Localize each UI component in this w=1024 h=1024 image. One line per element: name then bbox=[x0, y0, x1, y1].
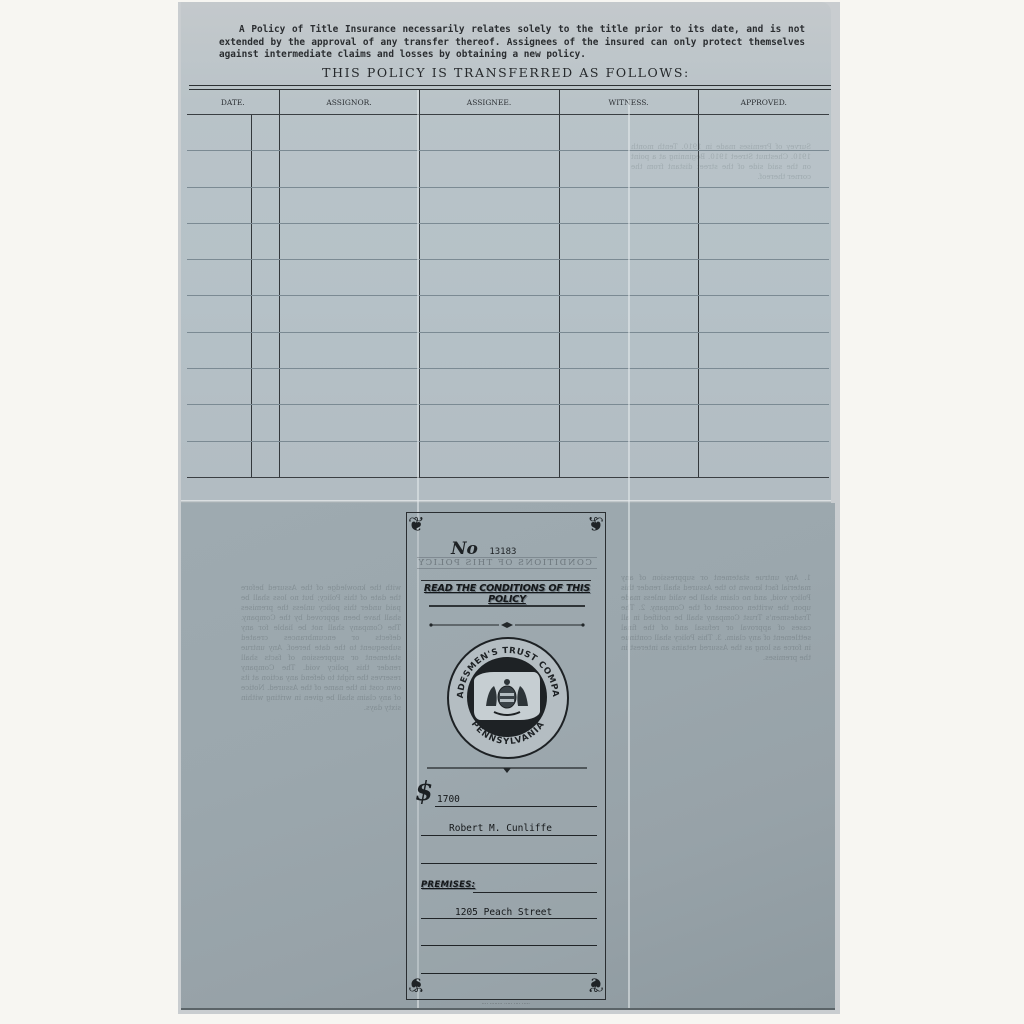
insured-line bbox=[421, 835, 597, 836]
company-seal: · TRADESMEN'S TRUST COMPANY · PENNSYLVAN… bbox=[447, 637, 569, 759]
assignor-cell bbox=[279, 332, 419, 368]
date-month-cell bbox=[187, 441, 251, 477]
date-day-cell bbox=[251, 405, 279, 441]
approved-cell bbox=[698, 441, 829, 477]
assignee-cell bbox=[419, 187, 559, 223]
transfer-section: Survey of Premises made in 1910. Tenth m… bbox=[181, 2, 831, 502]
policy-amount: 1700 bbox=[437, 794, 460, 805]
table-row bbox=[187, 151, 829, 187]
printer-imprint: ···· ········ ····· ···· ····· bbox=[407, 1002, 605, 1006]
policy-number-row: No 13183 bbox=[451, 539, 516, 559]
date-month-cell bbox=[187, 405, 251, 441]
premises-line-2 bbox=[421, 945, 597, 946]
assignor-cell bbox=[279, 405, 419, 441]
assignor-cell bbox=[279, 115, 419, 151]
policy-notice: A Policy of Title Insurance necessarily … bbox=[219, 24, 805, 62]
approved-cell bbox=[698, 296, 829, 332]
assignor-cell bbox=[279, 369, 419, 405]
date-month-cell bbox=[187, 296, 251, 332]
assignee-cell bbox=[419, 115, 559, 151]
mirrored-conditions-header: CONDITIONS OF THIS POLICY bbox=[417, 557, 597, 569]
transfer-table: DATE. ASSIGNOR. ASSIGNEE. WITNESS. APPRO… bbox=[187, 90, 829, 478]
date-day-cell bbox=[251, 296, 279, 332]
date-day-cell bbox=[251, 332, 279, 368]
approved-cell bbox=[698, 223, 829, 259]
bottom-edge bbox=[181, 1008, 835, 1010]
approved-cell bbox=[698, 332, 829, 368]
approved-cell bbox=[698, 151, 829, 187]
flag-icon bbox=[474, 672, 540, 720]
assignee-cell bbox=[419, 223, 559, 259]
date-day-cell bbox=[251, 223, 279, 259]
assignor-cell bbox=[279, 187, 419, 223]
approved-cell bbox=[698, 369, 829, 405]
approved-cell bbox=[698, 187, 829, 223]
table-row bbox=[187, 332, 829, 368]
assignor-cell bbox=[279, 151, 419, 187]
table-header-row: DATE. ASSIGNOR. ASSIGNEE. WITNESS. APPRO… bbox=[187, 90, 829, 115]
dollar-sign-icon: $ bbox=[415, 777, 433, 807]
seal-emblem bbox=[467, 657, 547, 737]
column-header-assignor: ASSIGNOR. bbox=[279, 90, 419, 115]
date-month-cell bbox=[187, 115, 251, 151]
table-row bbox=[187, 405, 829, 441]
ornamental-divider bbox=[425, 765, 589, 773]
date-month-cell bbox=[187, 332, 251, 368]
column-header-assignee: ASSIGNEE. bbox=[419, 90, 559, 115]
assignee-cell bbox=[419, 441, 559, 477]
assignor-cell bbox=[279, 296, 419, 332]
date-month-cell bbox=[187, 260, 251, 296]
date-month-cell bbox=[187, 369, 251, 405]
premises-line bbox=[421, 918, 597, 919]
date-month-cell bbox=[187, 223, 251, 259]
divider-line bbox=[421, 580, 591, 581]
premises-label-line bbox=[473, 892, 597, 893]
approved-cell bbox=[698, 405, 829, 441]
date-month-cell bbox=[187, 187, 251, 223]
premises-label: PREMISES: bbox=[421, 880, 475, 890]
table-row bbox=[187, 441, 829, 477]
date-day-cell bbox=[251, 187, 279, 223]
amount-line bbox=[435, 806, 597, 807]
table-row bbox=[187, 260, 829, 296]
corner-ornament-top-left: ❦ bbox=[408, 514, 434, 536]
approved-cell bbox=[698, 260, 829, 296]
date-month-cell bbox=[187, 151, 251, 187]
insured-line-2 bbox=[421, 863, 597, 864]
column-header-date: DATE. bbox=[187, 90, 279, 115]
assignor-cell bbox=[279, 260, 419, 296]
table-row bbox=[187, 187, 829, 223]
date-day-cell bbox=[251, 151, 279, 187]
policy-number: 13183 bbox=[489, 547, 516, 557]
table-row bbox=[187, 296, 829, 332]
assignee-cell bbox=[419, 332, 559, 368]
assignor-cell bbox=[279, 223, 419, 259]
assignee-cell bbox=[419, 296, 559, 332]
premises-line-3 bbox=[421, 973, 597, 974]
vertical-fold-right bbox=[628, 100, 630, 1010]
table-row bbox=[187, 369, 829, 405]
date-day-cell bbox=[251, 115, 279, 151]
corner-ornament-bottom-right: ❦ bbox=[578, 973, 604, 995]
table-row bbox=[187, 223, 829, 259]
bleed-through-text-left: with the knowledge of the Assured before… bbox=[241, 583, 401, 963]
date-day-cell bbox=[251, 369, 279, 405]
assignor-cell bbox=[279, 441, 419, 477]
approved-cell bbox=[698, 115, 829, 151]
table-row bbox=[187, 115, 829, 151]
premises-address: 1205 Peach Street bbox=[455, 907, 552, 918]
divider-line bbox=[429, 605, 585, 607]
bleed-through-text-right: 1. Any untrue statement or suppression o… bbox=[621, 573, 811, 973]
assignee-cell bbox=[419, 369, 559, 405]
policy-cover-card: ❦ ❦ ❦ ❦ No 13183 CONDITIONS OF THIS POLI… bbox=[406, 512, 606, 1000]
insured-name: Robert M. Cunliffe bbox=[449, 823, 552, 834]
date-day-cell bbox=[251, 260, 279, 296]
corner-ornament-top-right: ❦ bbox=[578, 514, 604, 536]
transfer-title: THIS POLICY IS TRANSFERRED AS FOLLOWS: bbox=[181, 65, 831, 80]
assignee-cell bbox=[419, 151, 559, 187]
date-day-cell bbox=[251, 441, 279, 477]
assignee-cell bbox=[419, 260, 559, 296]
ornamental-divider bbox=[427, 622, 587, 628]
assignee-cell bbox=[419, 405, 559, 441]
numero-sign: No bbox=[451, 539, 478, 559]
column-header-approved: APPROVED. bbox=[698, 90, 829, 115]
read-conditions-banner: READ THE CONDITIONS OF THIS POLICY bbox=[413, 583, 601, 605]
corner-ornament-bottom-left: ❦ bbox=[408, 973, 434, 995]
coat-of-arms-icon bbox=[474, 672, 540, 720]
